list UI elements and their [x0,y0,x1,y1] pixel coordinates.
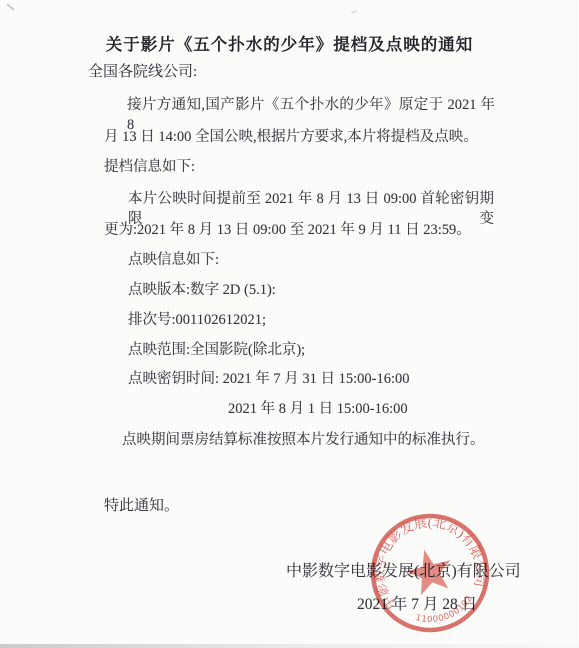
closing-phrase: 特此通知。 [104,496,179,516]
star-icon [402,544,457,597]
salutation: 全国各院线公司: [88,62,197,82]
notice-title: 关于影片《五个扑水的少年》提档及点映的通知 [0,31,579,55]
key-time-line-2: 2021 年 8 月 1 日 15:00-16:00 [228,399,408,419]
sequence-number-line: 排次号:001102612021; [128,310,266,330]
body-line: 更为:2021 年 8 月 13 日 09:00 至 2021 年 9 月 11… [104,220,471,240]
section-label-preview: 点映信息如下: [128,250,219,270]
settlement-line: 点映期间票房结算标准按照本片发行通知中的标准执行。 [122,430,485,450]
scan-artifact [6,3,14,10]
preview-version-line: 点映版本:数字 2D (5.1): [128,280,276,300]
key-time-line-1: 点映密钥时间: 2021 年 7 月 31 日 15:00-16:00 [128,369,410,389]
scan-edge-shadow [0,644,579,648]
preview-scope-line: 点映范围:全国影院(除北京); [128,340,305,360]
body-line: 月 13 日 14:00 全国公映,根据片方要求,本片将提档及点映。 [104,127,478,147]
scan-artifact [351,10,357,14]
company-seal-stamp: 中影数字电影发展(北京)有限公司 1100000019271 [355,498,505,648]
scanned-notice-page: 关于影片《五个扑水的少年》提档及点映的通知 全国各院线公司: 接片方通知,国产影… [0,0,579,648]
seal-graphic: 中影数字电影发展(北京)有限公司 1100000019271 [355,498,505,648]
section-label-reschedule: 提档信息如下: [104,157,195,177]
